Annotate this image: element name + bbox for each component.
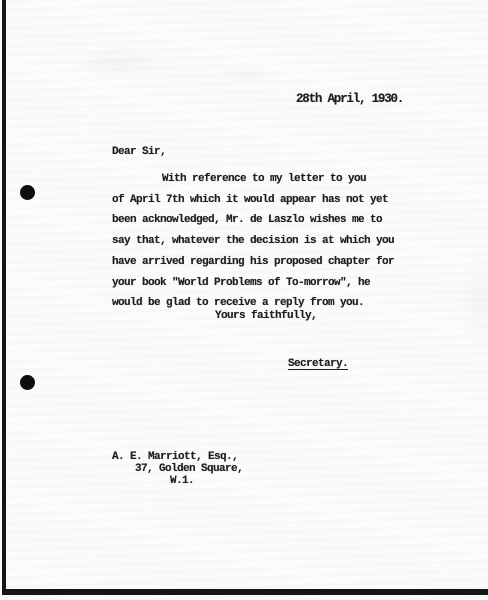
scan-edge-bottom xyxy=(2,589,488,595)
recipient-name: A. E. Marriott, Esq., xyxy=(112,451,238,463)
body-line-6: your book "World Problems of To-morrow",… xyxy=(112,273,412,294)
recipient-street: 37, Golden Square, xyxy=(135,463,243,475)
scan-edge-left xyxy=(2,0,6,592)
hole-punch-top xyxy=(20,185,35,200)
body-line-4: say that, whatever the decision is at wh… xyxy=(112,231,412,252)
body-line-3: been acknowledged, Mr. de Laszlo wishes … xyxy=(112,210,412,231)
body-line-1: With reference to my letter to you xyxy=(112,169,412,190)
body-line-5: have arrived regarding his proposed chap… xyxy=(112,252,412,273)
body-line-2: of April 7th which it would appear has n… xyxy=(112,190,412,211)
scanned-letter-page: 28th April, 1930. Dear Sir, With referen… xyxy=(0,0,488,600)
hole-punch-bottom xyxy=(20,375,35,390)
letter-signature: Secretary. xyxy=(288,358,348,370)
letter-body: With reference to my letter to you of Ap… xyxy=(112,169,412,314)
letter-date: 28th April, 1930. xyxy=(296,92,403,106)
letter-closing: Yours faithfully, xyxy=(215,310,317,322)
recipient-postal-district: W.1. xyxy=(170,475,194,487)
letter-salutation: Dear Sir, xyxy=(112,146,166,158)
